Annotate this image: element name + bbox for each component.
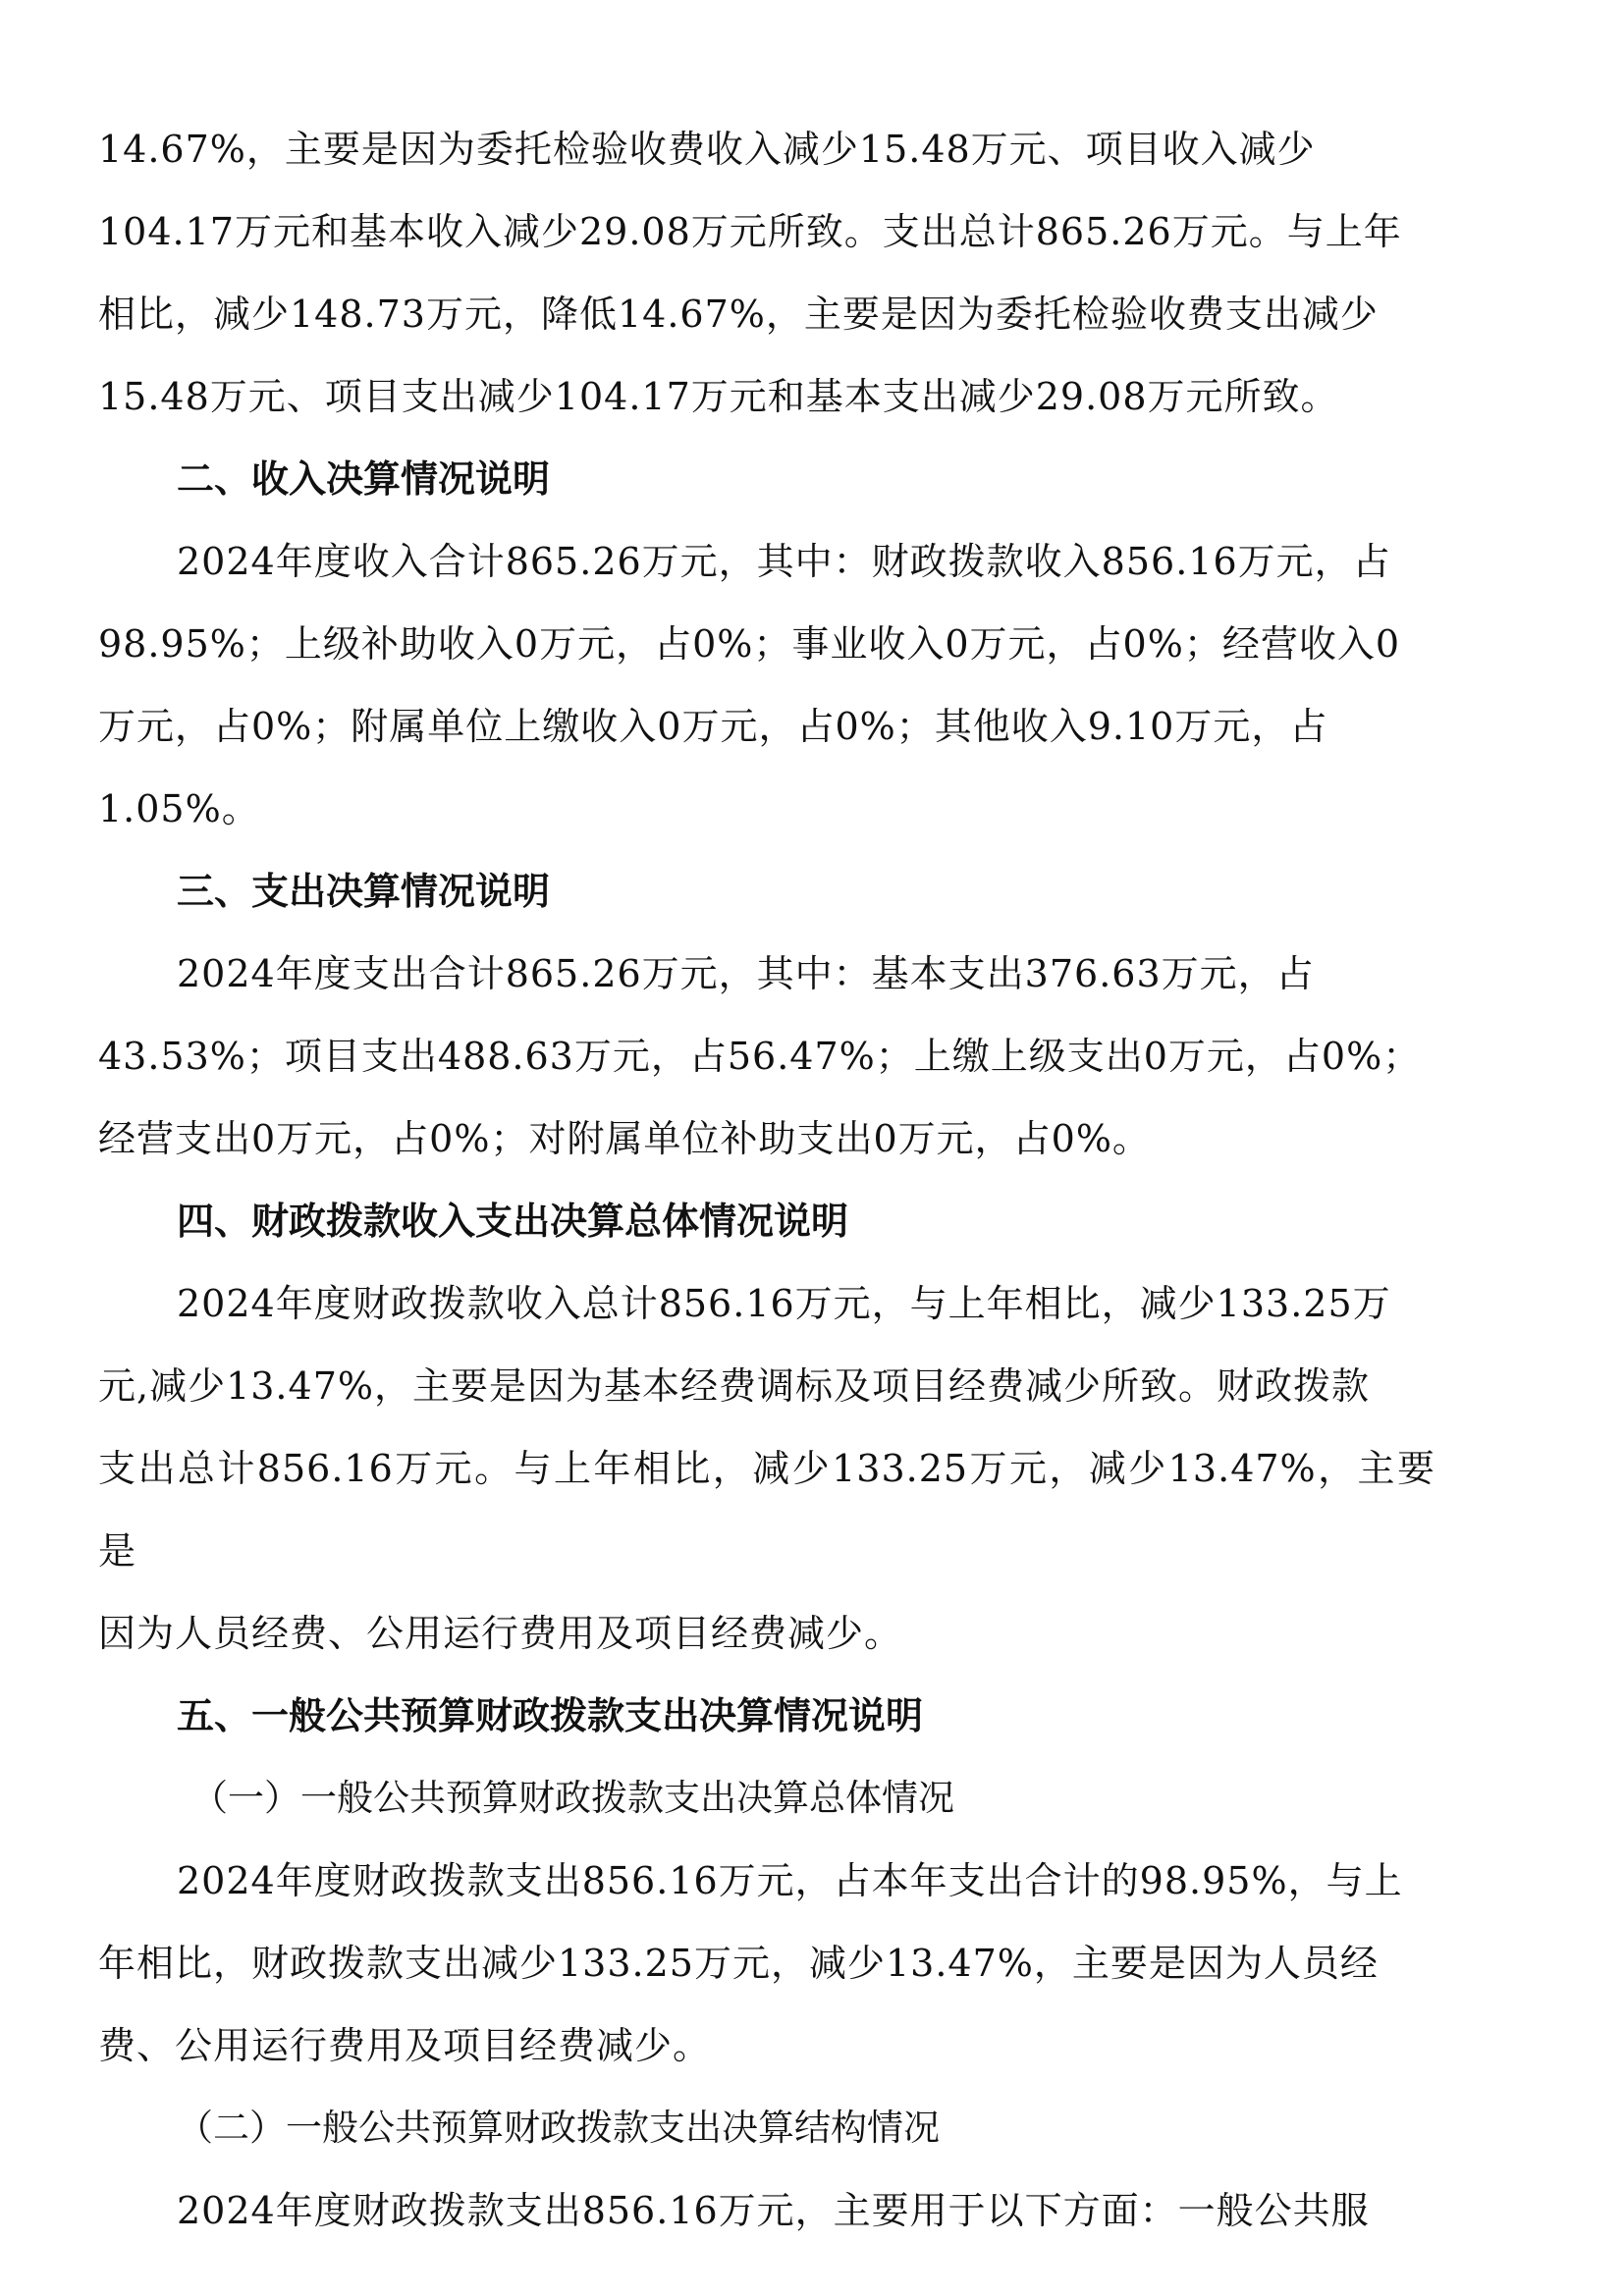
section-heading-fiscal-overall: 四、财政拨款收入支出决算总体情况说明 xyxy=(98,1180,1435,1262)
paragraph-line: 万元，占0%；附属单位上缴收入0万元，占0%；其他收入9.10万元，占 xyxy=(98,685,1435,768)
section-heading-general-budget: 五、一般公共预算财政拨款支出决算情况说明 xyxy=(98,1675,1435,1757)
paragraph-line: 2024年度支出合计865.26万元，其中：基本支出376.63万元，占 xyxy=(98,933,1435,1015)
document-page: 14.67%，主要是因为委托检验收费收入减少15.48万元、项目收入减少 104… xyxy=(98,108,1435,2252)
section-heading-expenditure: 三、支出决算情况说明 xyxy=(98,850,1435,933)
paragraph-line: 支出总计856.16万元。与上年相比，减少133.25万元，减少13.47%，主… xyxy=(98,1427,1435,1592)
paragraph-line: 43.53%；项目支出488.63万元，占56.47%；上缴上级支出0万元，占0… xyxy=(98,1015,1435,1097)
paragraph-line: 2024年度财政拨款收入总计856.16万元，与上年相比，减少133.25万 xyxy=(98,1262,1435,1345)
paragraph-line: 年相比，财政拨款支出减少133.25万元，减少13.47%，主要是因为人员经 xyxy=(98,1922,1435,2004)
paragraph-line: 1.05%。 xyxy=(98,768,1435,850)
paragraph-line: 经营支出0万元，占0%；对附属单位补助支出0万元，占0%。 xyxy=(98,1097,1435,1180)
paragraph-line: 元,减少13.47%，主要是因为基本经费调标及项目经费减少所致。财政拨款 xyxy=(98,1345,1435,1427)
paragraph-line: 104.17万元和基本收入减少29.08万元所致。支出总计865.26万元。与上… xyxy=(98,190,1435,273)
paragraph-line: 相比，减少148.73万元，降低14.67%，主要是因为委托检验收费支出减少 xyxy=(98,273,1435,355)
section-heading-income: 二、收入决算情况说明 xyxy=(98,438,1435,520)
paragraph-line: 2024年度收入合计865.26万元，其中：财政拨款收入856.16万元，占 xyxy=(98,520,1435,603)
paragraph-line: 2024年度财政拨款支出856.16万元，主要用于以下方面：一般公共服 xyxy=(98,2169,1435,2252)
paragraph-line: 14.67%，主要是因为委托检验收费收入减少15.48万元、项目收入减少 xyxy=(98,108,1435,190)
paragraph-line: 费、公用运行费用及项目经费减少。 xyxy=(98,2004,1435,2087)
paragraph-line: 98.95%；上级补助收入0万元，占0%；事业收入0万元，占0%；经营收入0 xyxy=(98,603,1435,685)
paragraph-line: 2024年度财政拨款支出856.16万元，占本年支出合计的98.95%，与上 xyxy=(98,1840,1435,1922)
subheading-structure: （二）一般公共预算财政拨款支出决算结构情况 xyxy=(98,2087,1435,2169)
paragraph-line: 15.48万元、项目支出减少104.17万元和基本支出减少29.08万元所致。 xyxy=(98,355,1435,438)
subheading-overall: （一）一般公共预算财政拨款支出决算总体情况 xyxy=(98,1757,1435,1840)
paragraph-line: 因为人员经费、公用运行费用及项目经费减少。 xyxy=(98,1592,1435,1675)
